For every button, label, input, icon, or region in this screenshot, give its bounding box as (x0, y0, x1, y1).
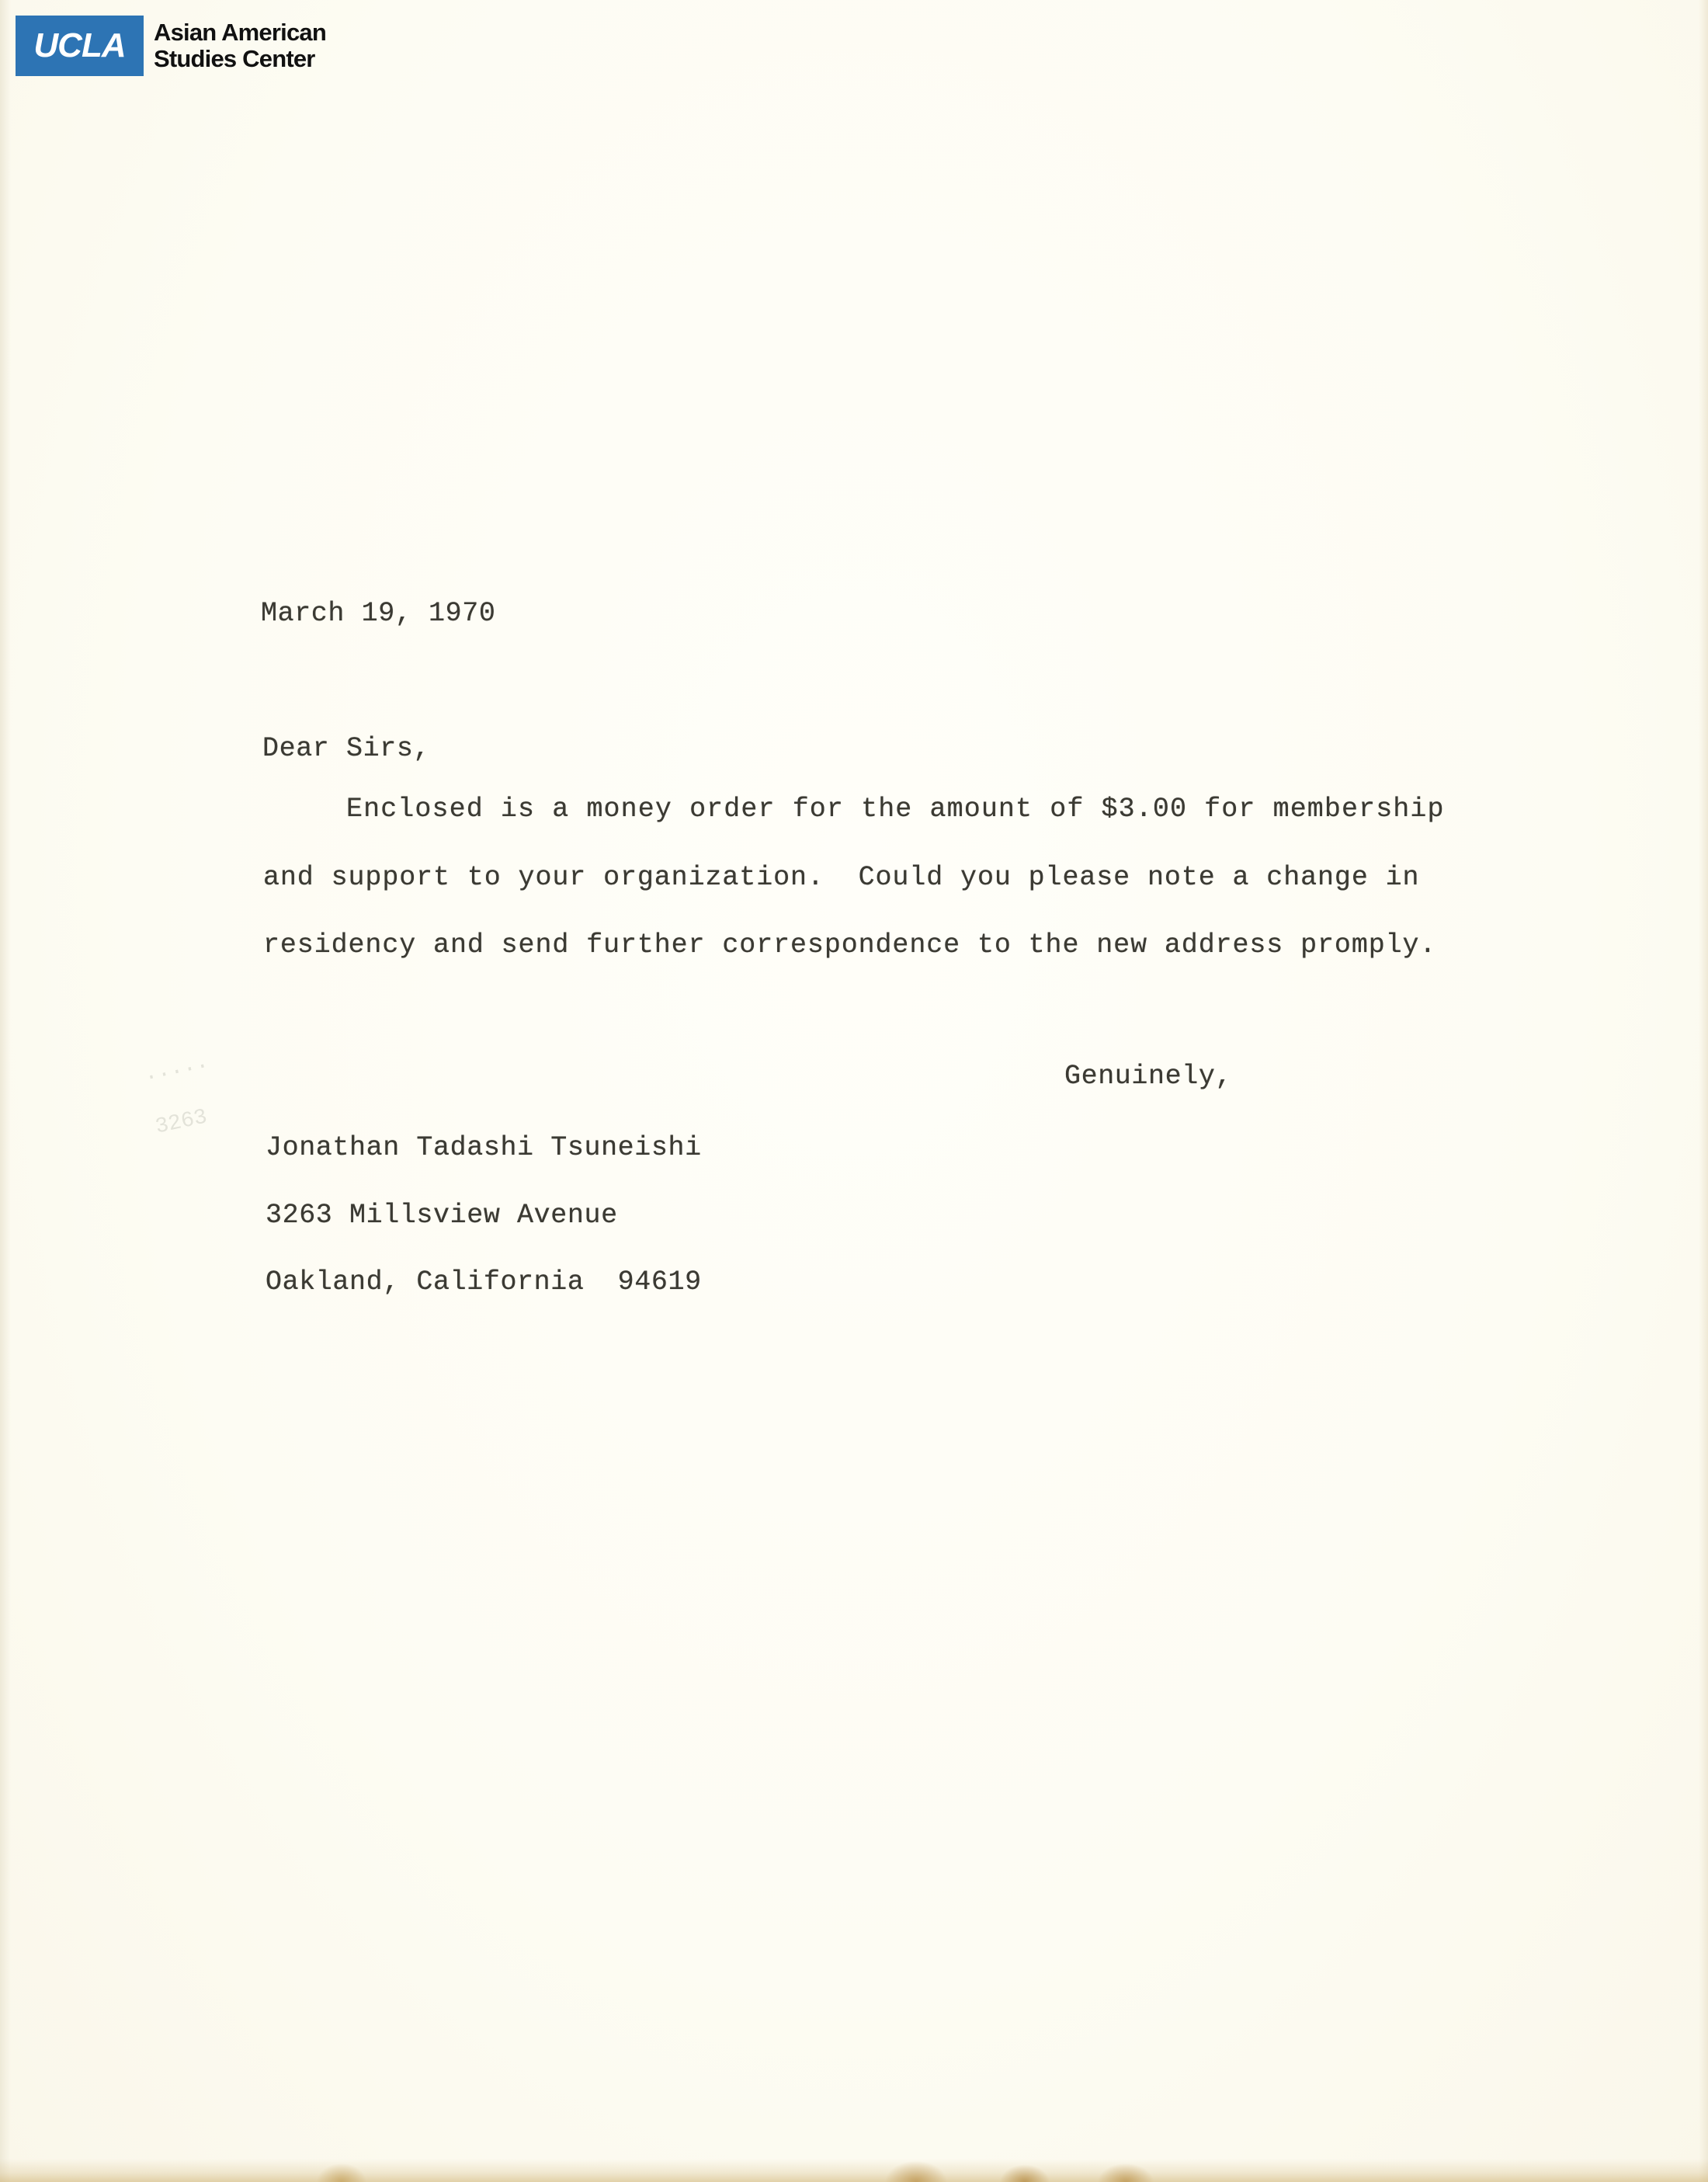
signature-street: 3263 Millsview Avenue (266, 1200, 618, 1231)
ucla-aasc-logo: UCLA Asian American Studies Center (16, 16, 326, 76)
paper-edge-right (1699, 0, 1708, 2182)
body-line-2: and support to your organization. Could … (263, 862, 1419, 893)
body-line-1: Enclosed is a money order for the amount… (346, 794, 1445, 825)
ucla-logo-badge: UCLA (16, 16, 144, 76)
letter-date: March 19, 1970 (261, 598, 495, 629)
logo-line-1: Asian American (154, 19, 326, 46)
bottom-edge-stain (0, 2151, 1708, 2182)
signature-name: Jonathan Tadashi Tsuneishi (266, 1132, 702, 1163)
signature-city: Oakland, California 94619 (266, 1266, 702, 1298)
logo-line-2: Studies Center (154, 46, 326, 72)
logo-wordmark: Asian American Studies Center (154, 19, 326, 72)
paper-edge-left (0, 0, 11, 2182)
body-line-3: residency and send further correspondenc… (263, 929, 1436, 961)
letter-closing: Genuinely, (1064, 1061, 1232, 1092)
paper-background (0, 0, 1708, 2182)
letter-salutation: Dear Sirs, (262, 733, 430, 764)
